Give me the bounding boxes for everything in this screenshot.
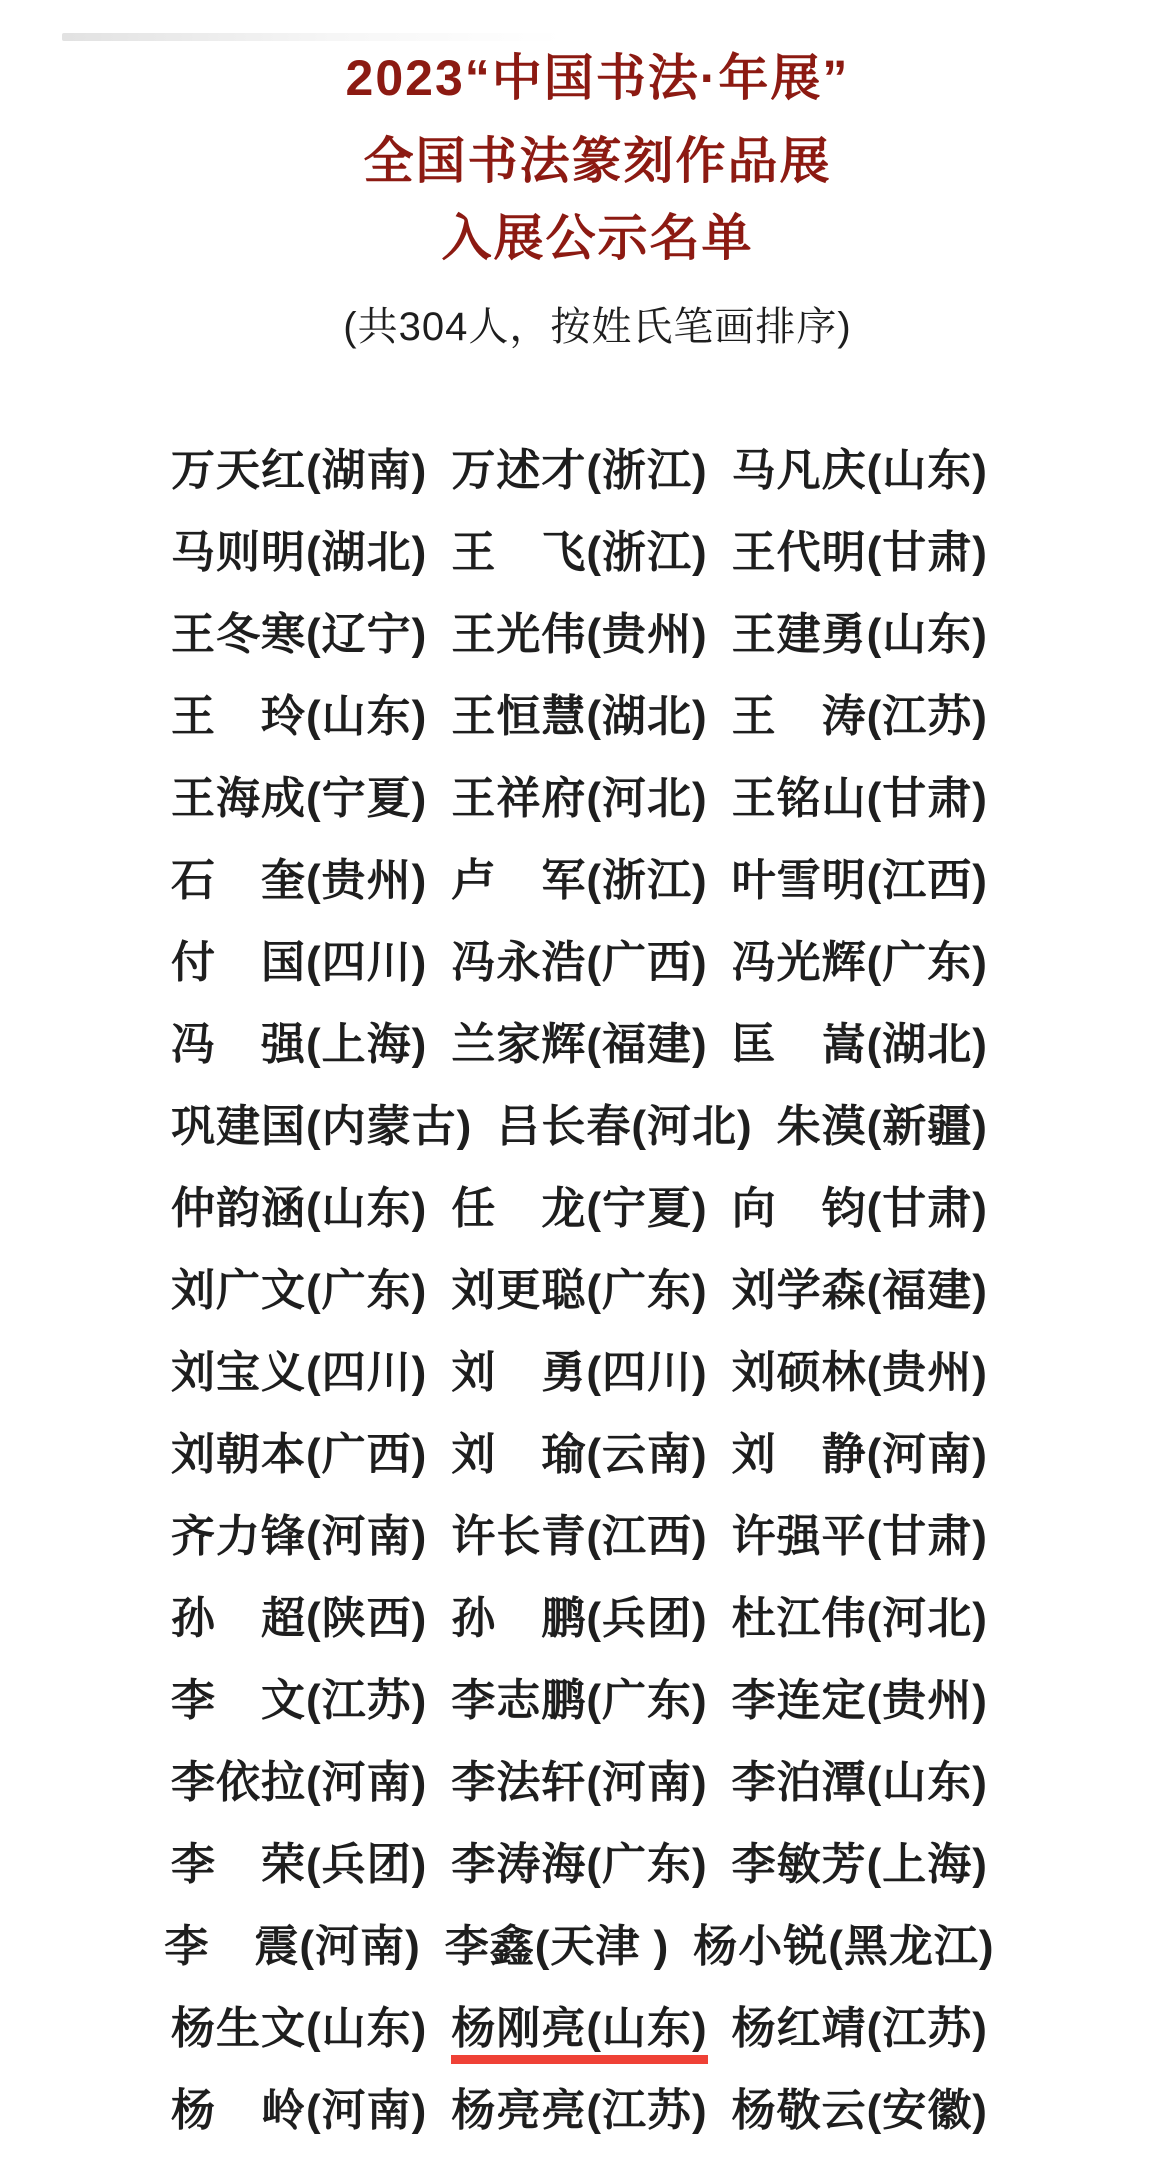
name-entry: 刘更聪(广东) bbox=[451, 1269, 707, 1313]
name-entry: 王光伟(贵州) bbox=[451, 613, 707, 657]
scan-artifact bbox=[62, 33, 562, 41]
list-row: 王 玲(山东)王恒慧(湖北)王 涛(江苏) bbox=[0, 676, 1159, 758]
name-entry: 王海成(宁夏) bbox=[171, 777, 427, 821]
list-row: 刘宝义(四川)刘 勇(四川)刘硕林(贵州) bbox=[0, 1332, 1159, 1414]
list-row: 冯 强(上海)兰家辉(福建)匡 嵩(湖北) bbox=[0, 1004, 1159, 1086]
name-entry: 仲韵涵(山东) bbox=[171, 1187, 427, 1231]
name-entry: 杜江伟(河北) bbox=[732, 1597, 988, 1641]
name-entry: 冯光辉(广东) bbox=[732, 941, 988, 985]
name-entry: 卢 军(浙江) bbox=[451, 859, 707, 903]
name-entry: 杨 岭(河南) bbox=[171, 2089, 427, 2133]
name-entry: 万述才(浙江) bbox=[451, 449, 707, 493]
name-entry: 许长青(江西) bbox=[451, 1515, 707, 1559]
list-row: 齐力锋(河南)许长青(江西)许强平(甘肃) bbox=[0, 1496, 1159, 1578]
list-row: 石 奎(贵州)卢 军(浙江)叶雪明(江西) bbox=[0, 840, 1159, 922]
name-entry: 许强平(甘肃) bbox=[732, 1515, 988, 1559]
name-entry: 刘 静(河南) bbox=[732, 1433, 988, 1477]
name-entry: 李志鹏(广东) bbox=[451, 1679, 707, 1723]
name-entry: 匡 嵩(湖北) bbox=[732, 1023, 988, 1067]
name-entry: 马则明(湖北) bbox=[171, 531, 427, 575]
name-entry: 李鑫(天津 ) bbox=[445, 1925, 670, 1969]
list-row: 巩建国(内蒙古)吕长春(河北)朱漠(新疆) bbox=[0, 1086, 1159, 1168]
list-row: 孙 超(陕西)孙 鹏(兵团)杜江伟(河北) bbox=[0, 1578, 1159, 1660]
list-row: 李 文(江苏)李志鹏(广东)李连定(贵州) bbox=[0, 1660, 1159, 1742]
name-entry: 王祥府(河北) bbox=[451, 777, 707, 821]
name-entry: 王铭山(甘肃) bbox=[732, 777, 988, 821]
name-entry: 李 文(江苏) bbox=[171, 1679, 427, 1723]
page-title-line-3: 入展公示名单 bbox=[18, 211, 1159, 265]
name-entry: 李涛海(广东) bbox=[451, 1843, 707, 1887]
name-entry: 杨亮亮(江苏) bbox=[451, 2089, 707, 2133]
name-entry: 冯永浩(广西) bbox=[451, 941, 707, 985]
name-entry: 李连定(贵州) bbox=[732, 1679, 988, 1723]
name-entry: 任 龙(宁夏) bbox=[451, 1187, 707, 1231]
name-entry: 李 荣(兵团) bbox=[171, 1843, 427, 1887]
name-entry: 叶雪明(江西) bbox=[732, 859, 988, 903]
name-entry: 杨红靖(江苏) bbox=[732, 2007, 988, 2051]
name-entry: 刘广文(广东) bbox=[171, 1269, 427, 1313]
list-row: 王冬寒(辽宁)王光伟(贵州)王建勇(山东) bbox=[0, 594, 1159, 676]
name-entry: 孙 鹏(兵团) bbox=[451, 1597, 707, 1641]
list-row: 杨生文(山东)杨刚亮(山东)杨红靖(江苏) bbox=[0, 1988, 1159, 2070]
list-row: 杨 岭(河南)杨亮亮(江苏)杨敬云(安徽) bbox=[0, 2070, 1159, 2152]
name-entry: 杨小锐(黑龙江) bbox=[693, 1925, 994, 1969]
name-entry: 刘 勇(四川) bbox=[451, 1351, 707, 1395]
page-title-line-2: 全国书法篆刻作品展 bbox=[18, 134, 1159, 188]
name-entry: 刘 瑜(云南) bbox=[451, 1433, 707, 1477]
list-row: 李 震(河南)李鑫(天津 )杨小锐(黑龙江) bbox=[0, 1906, 1159, 1988]
name-entry: 万天红(湖南) bbox=[171, 449, 427, 493]
name-entry: 王建勇(山东) bbox=[732, 613, 988, 657]
name-entry: 齐力锋(河南) bbox=[171, 1515, 427, 1559]
name-entry: 孙 超(陕西) bbox=[171, 1597, 427, 1641]
name-entry: 付 国(四川) bbox=[171, 941, 427, 985]
name-entry: 王恒慧(湖北) bbox=[451, 695, 707, 739]
name-entry: 李泊潭(山东) bbox=[732, 1761, 988, 1805]
name-entry: 巩建国(内蒙古) bbox=[171, 1105, 472, 1149]
list-row: 马则明(湖北)王 飞(浙江)王代明(甘肃) bbox=[0, 512, 1159, 594]
name-entry: 刘硕林(贵州) bbox=[732, 1351, 988, 1395]
name-entry-highlighted: 杨刚亮(山东) bbox=[451, 2007, 707, 2064]
name-entry: 李敏芳(上海) bbox=[732, 1843, 988, 1887]
name-list: 万天红(湖南)万述才(浙江)马凡庆(山东)马则明(湖北)王 飞(浙江)王代明(甘… bbox=[0, 430, 1159, 2152]
name-entry: 刘学森(福建) bbox=[732, 1269, 988, 1313]
list-row: 万天红(湖南)万述才(浙江)马凡庆(山东) bbox=[0, 430, 1159, 512]
name-entry: 杨敬云(安徽) bbox=[732, 2089, 988, 2133]
name-entry: 向 钧(甘肃) bbox=[732, 1187, 988, 1231]
name-entry: 刘朝本(广西) bbox=[171, 1433, 427, 1477]
name-entry: 王 飞(浙江) bbox=[451, 531, 707, 575]
list-row: 李 荣(兵团)李涛海(广东)李敏芳(上海) bbox=[0, 1824, 1159, 1906]
name-entry: 石 奎(贵州) bbox=[171, 859, 427, 903]
list-row: 王海成(宁夏)王祥府(河北)王铭山(甘肃) bbox=[0, 758, 1159, 840]
name-entry: 吕长春(河北) bbox=[496, 1105, 752, 1149]
list-row: 刘朝本(广西)刘 瑜(云南)刘 静(河南) bbox=[0, 1414, 1159, 1496]
list-row: 付 国(四川)冯永浩(广西)冯光辉(广东) bbox=[0, 922, 1159, 1004]
name-entry: 杨生文(山东) bbox=[171, 2007, 427, 2051]
page-title-line-1: 2023“中国书法·年展” bbox=[18, 51, 1159, 105]
list-row: 刘广文(广东)刘更聪(广东)刘学森(福建) bbox=[0, 1250, 1159, 1332]
name-entry: 王 涛(江苏) bbox=[732, 695, 988, 739]
list-row: 李依拉(河南)李法轩(河南)李泊潭(山东) bbox=[0, 1742, 1159, 1824]
page-subtitle: (共304人，按姓氏笔画排序) bbox=[18, 305, 1159, 349]
name-entry: 冯 强(上海) bbox=[171, 1023, 427, 1067]
name-entry: 马凡庆(山东) bbox=[732, 449, 988, 493]
name-entry: 王 玲(山东) bbox=[171, 695, 427, 739]
name-entry: 李法轩(河南) bbox=[451, 1761, 707, 1805]
name-entry: 兰家辉(福建) bbox=[451, 1023, 707, 1067]
name-entry: 李 震(河南) bbox=[164, 1925, 420, 1969]
name-entry: 朱漠(新疆) bbox=[777, 1105, 988, 1149]
name-entry: 刘宝义(四川) bbox=[171, 1351, 427, 1395]
name-entry: 王代明(甘肃) bbox=[732, 531, 988, 575]
name-entry: 王冬寒(辽宁) bbox=[171, 613, 427, 657]
list-row: 仲韵涵(山东)任 龙(宁夏)向 钧(甘肃) bbox=[0, 1168, 1159, 1250]
name-entry: 李依拉(河南) bbox=[171, 1761, 427, 1805]
